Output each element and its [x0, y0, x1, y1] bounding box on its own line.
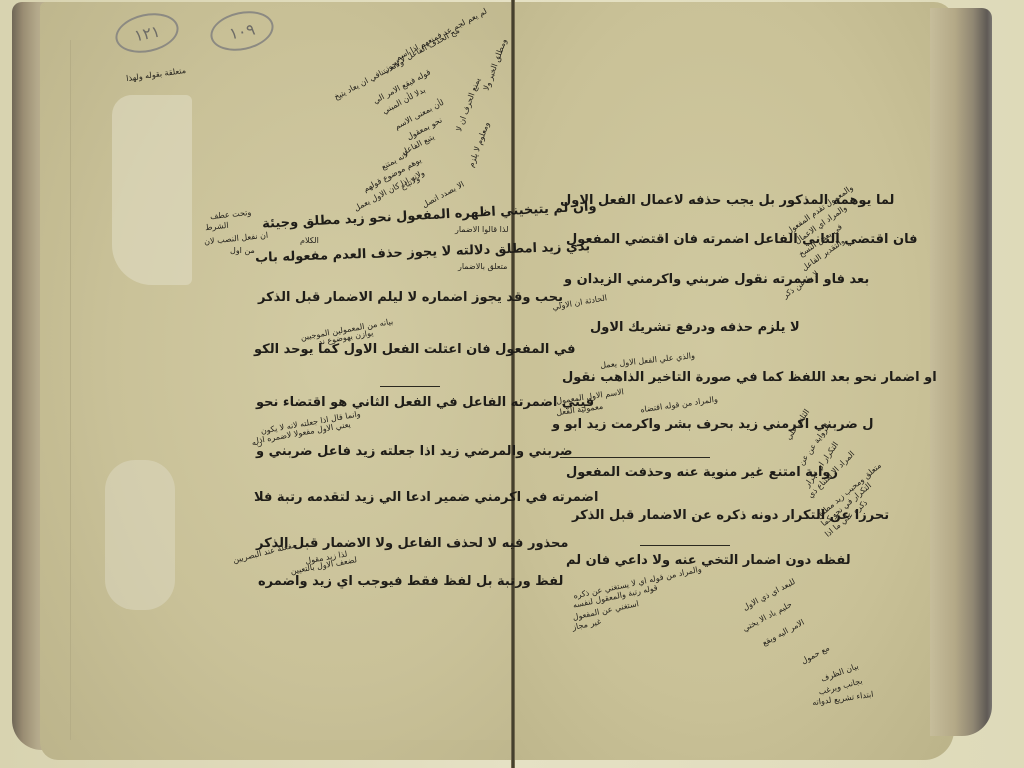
- water-stain: [112, 95, 192, 285]
- binding-gutter: [511, 0, 515, 768]
- marginal-gloss: متعلق بالاضمار: [458, 262, 507, 271]
- main-text-line: بعد فاو اضمرته نقول ضربني واكرمني الزيدا…: [564, 272, 869, 287]
- main-text-line: فان اقتضي الثاني الفاعل اضمرته فان اقتضي…: [566, 232, 918, 247]
- main-text-line: لفظ ورتبة بل لفظ فقط فيوجب اي زيد واضمره: [258, 574, 563, 589]
- main-text-line: يحب وقد يجوز اضماره لا ليلم الاضمار قبل …: [258, 290, 563, 305]
- overline: [560, 457, 710, 458]
- marginal-gloss: من اول: [230, 246, 255, 255]
- main-text-line: ضربني والمرضي زيد اذا جعلته زيد فاعل ضرب…: [256, 444, 573, 459]
- open-manuscript: ١٢١ ١٠٩ متعلقة بقوله ولهذا وان لم يتيخين…: [0, 0, 1024, 768]
- main-text-line: فيني اضمرته الفاعل في الفعل الثاني هو اق…: [256, 395, 594, 410]
- main-text-line: اضمرته في اكرمني ضمير ادعا الي زيد لتقدم…: [254, 490, 598, 505]
- marginal-gloss: الكلام: [300, 236, 319, 245]
- main-text-line: رواية امتنع غير منوية عنه وحذفت المفعول: [566, 465, 838, 480]
- overline: [640, 545, 730, 546]
- overline: [380, 386, 440, 387]
- main-text-line: في المفعول فان اعتلت الفعل الاول كما يوح…: [254, 342, 576, 357]
- main-text-line: لا يلزم حذفه ودرفع تشريك الاول: [590, 320, 800, 335]
- main-text-line: او اضمار نحو بعد اللفظ كما في صورة التاخ…: [562, 370, 937, 385]
- main-text-line: محذور فيه لا لحذف الفاعل ولا الاضمار قبل…: [256, 536, 568, 551]
- marginal-gloss: لذا قالوا الاضمار: [455, 225, 509, 234]
- marginal-gloss: ربه: [252, 438, 262, 447]
- water-stain: [105, 460, 175, 610]
- main-text-line: لفظه دون اضمار التخي عنه ولا داعي فان لم: [566, 553, 851, 568]
- right-page-stack-edge: [930, 8, 992, 736]
